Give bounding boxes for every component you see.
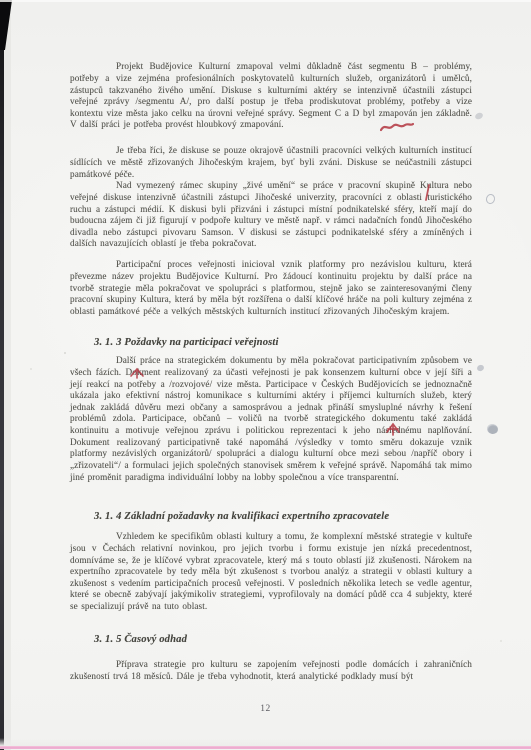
paragraph-beyond-live-art: Nad vymezený rámec skupiny „živé umění“ … xyxy=(70,180,472,250)
paragraph-large-institutions: Je třeba říci, že diskuse se pouze okraj… xyxy=(70,145,472,180)
paragraph-participative-document: Další práce na strategickém dokumentu by… xyxy=(70,355,472,483)
pencil-margin-mark-icon xyxy=(485,193,496,205)
paragraph-project-mapping: Projekt Budějovice Kulturní zmapoval vel… xyxy=(70,61,472,131)
scan-edge-pink-line xyxy=(0,746,531,749)
scan-edge-bottom-fade xyxy=(0,738,531,746)
section-heading-3-1-3: 3. 1. 3 Poždavky na participaci veřejnos… xyxy=(94,337,494,348)
pencil-margin-mark-icon xyxy=(476,364,485,372)
pencil-margin-mark-icon xyxy=(474,112,484,121)
paragraph-time-estimate: Příprava strategie pro kulturu se zapoje… xyxy=(70,659,472,682)
section-heading-3-1-4: 3. 1. 4 Základní požadavky na kvalifikac… xyxy=(94,511,494,522)
pencil-margin-mark-icon xyxy=(486,423,499,435)
section-heading-3-1-5: 3. 1. 5 Časový odhad xyxy=(94,634,494,645)
scan-speck xyxy=(64,352,66,354)
scan-speck xyxy=(30,368,32,370)
scan-edge-dark-strip xyxy=(0,0,4,750)
scan-speck xyxy=(500,640,502,642)
page-number: 12 xyxy=(0,704,531,714)
scanned-document-page: Projekt Budějovice Kulturní zmapoval vel… xyxy=(0,0,531,750)
scan-edge-light-strip xyxy=(4,0,11,750)
paragraph-participation-platform: Participační proces veřejnosti inicioval… xyxy=(70,259,472,317)
scan-edge-top-highlight xyxy=(0,0,531,2)
paragraph-expert-qualification: Vzhledem ke specifikům oblasti kultury a… xyxy=(70,531,472,613)
